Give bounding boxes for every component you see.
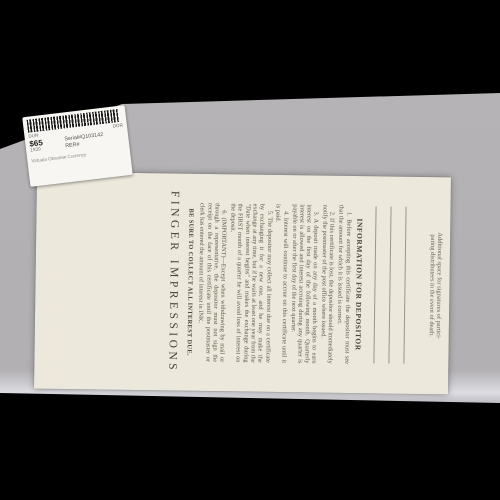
year-text: 1939: [30, 147, 44, 155]
label-serial-col: Serial#Q103142 RER#: [64, 132, 104, 151]
collect-interest-notice: BE SURE TO COLLECT ALL INTEREST DUE.: [185, 174, 195, 391]
instruction-paragraph-3: 3. A deposit made on any day of a month …: [289, 204, 320, 363]
instruction-paragraph-1: 1. Before accepting this certificate the…: [335, 205, 352, 364]
signature-line: [373, 206, 390, 363]
signature-line: [403, 207, 420, 364]
dealer-sticker-label: DUN DOR $65 1939 Serial#Q103142 RER# Vir…: [22, 105, 133, 187]
instruction-paragraph-4: 4. Interest will continue to accrue on t…: [273, 204, 290, 363]
depositor-instructions: 1. Before accepting this certificate the…: [197, 203, 353, 364]
instruction-paragraph-5: 5. The depositor may collect all interes…: [227, 203, 273, 363]
signature-space-note: Additional space for signatures of parti…: [427, 195, 444, 376]
scan-photo: Additional space for signatures of parti…: [0, 0, 500, 500]
signature-line: [388, 207, 405, 364]
signature-lines: [373, 206, 420, 364]
certificate-content: Additional space for signatures of parti…: [166, 173, 451, 394]
information-for-depositor-heading: INFORMATION FOR DEPOSITOR: [353, 176, 365, 393]
finger-impressions-heading: FINGER IMPRESSIONS: [166, 173, 181, 390]
postal-savings-certificate-back: Additional space for signatures of parti…: [34, 172, 451, 395]
instruction-paragraph-6: 6. (IMPORTANT)—Except when withdrawing b…: [197, 203, 228, 362]
label-price-col: $65 1939: [29, 139, 44, 154]
label-code-right: DOR: [112, 123, 123, 129]
instruction-paragraph-2: 2. If this certificate is lost, the depo…: [319, 205, 336, 364]
